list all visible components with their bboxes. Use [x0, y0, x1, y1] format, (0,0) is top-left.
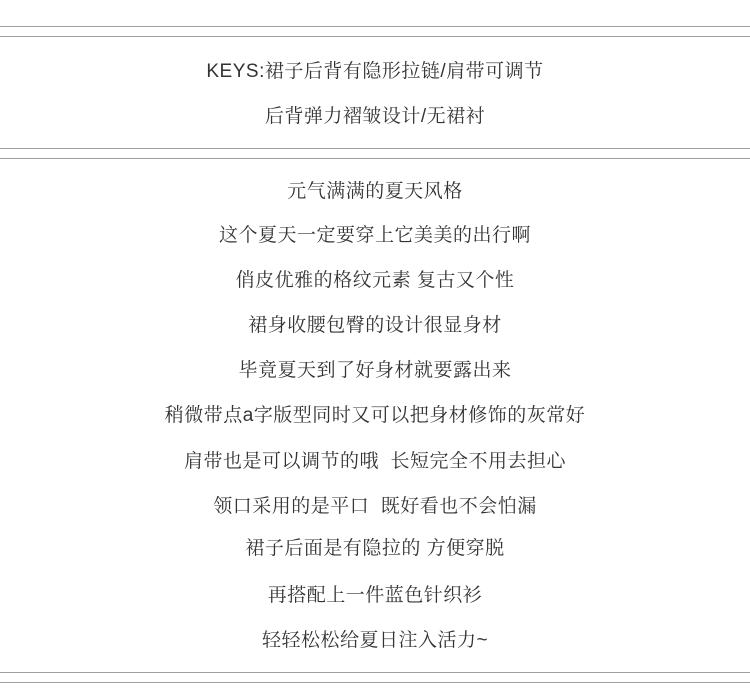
description-line: 这个夏天一定要穿上它美美的出行啊: [0, 226, 750, 246]
description-line: 裙子后面是有隐拉的 方便穿脱: [0, 539, 750, 559]
description-line: 稍微带点a字版型同时又可以把身材修饰的灰常好: [0, 406, 750, 426]
description-line: 毕竟夏天到了好身材就要露出来: [0, 361, 750, 381]
description-line: 裙身收腰包臀的设计很显身材: [0, 316, 750, 336]
description-line: 俏皮优雅的格纹元素 复古又个性: [0, 271, 750, 291]
keys-line-2: 后背弹力褶皱设计/无裙衬: [0, 107, 750, 127]
description-line: 领口采用的是平口 既好看也不会怕漏: [0, 497, 750, 517]
section-divider-middle: [0, 148, 750, 159]
description-line: 元气满满的夏天风格: [0, 182, 750, 202]
section-divider-top: [0, 26, 750, 37]
description-line: 再搭配上一件蓝色针织衫: [0, 586, 750, 606]
product-description-page: KEYS:裙子后背有隐形拉链/肩带可调节 后背弹力褶皱设计/无裙衬 元气满满的夏…: [0, 0, 750, 700]
description-line: 肩带也是可以调节的哦 长短完全不用去担心: [0, 452, 750, 472]
keys-line-1: KEYS:裙子后背有隐形拉链/肩带可调节: [0, 62, 750, 82]
section-divider-bottom: [0, 672, 750, 683]
description-line: 轻轻松松给夏日注入活力~: [0, 631, 750, 651]
